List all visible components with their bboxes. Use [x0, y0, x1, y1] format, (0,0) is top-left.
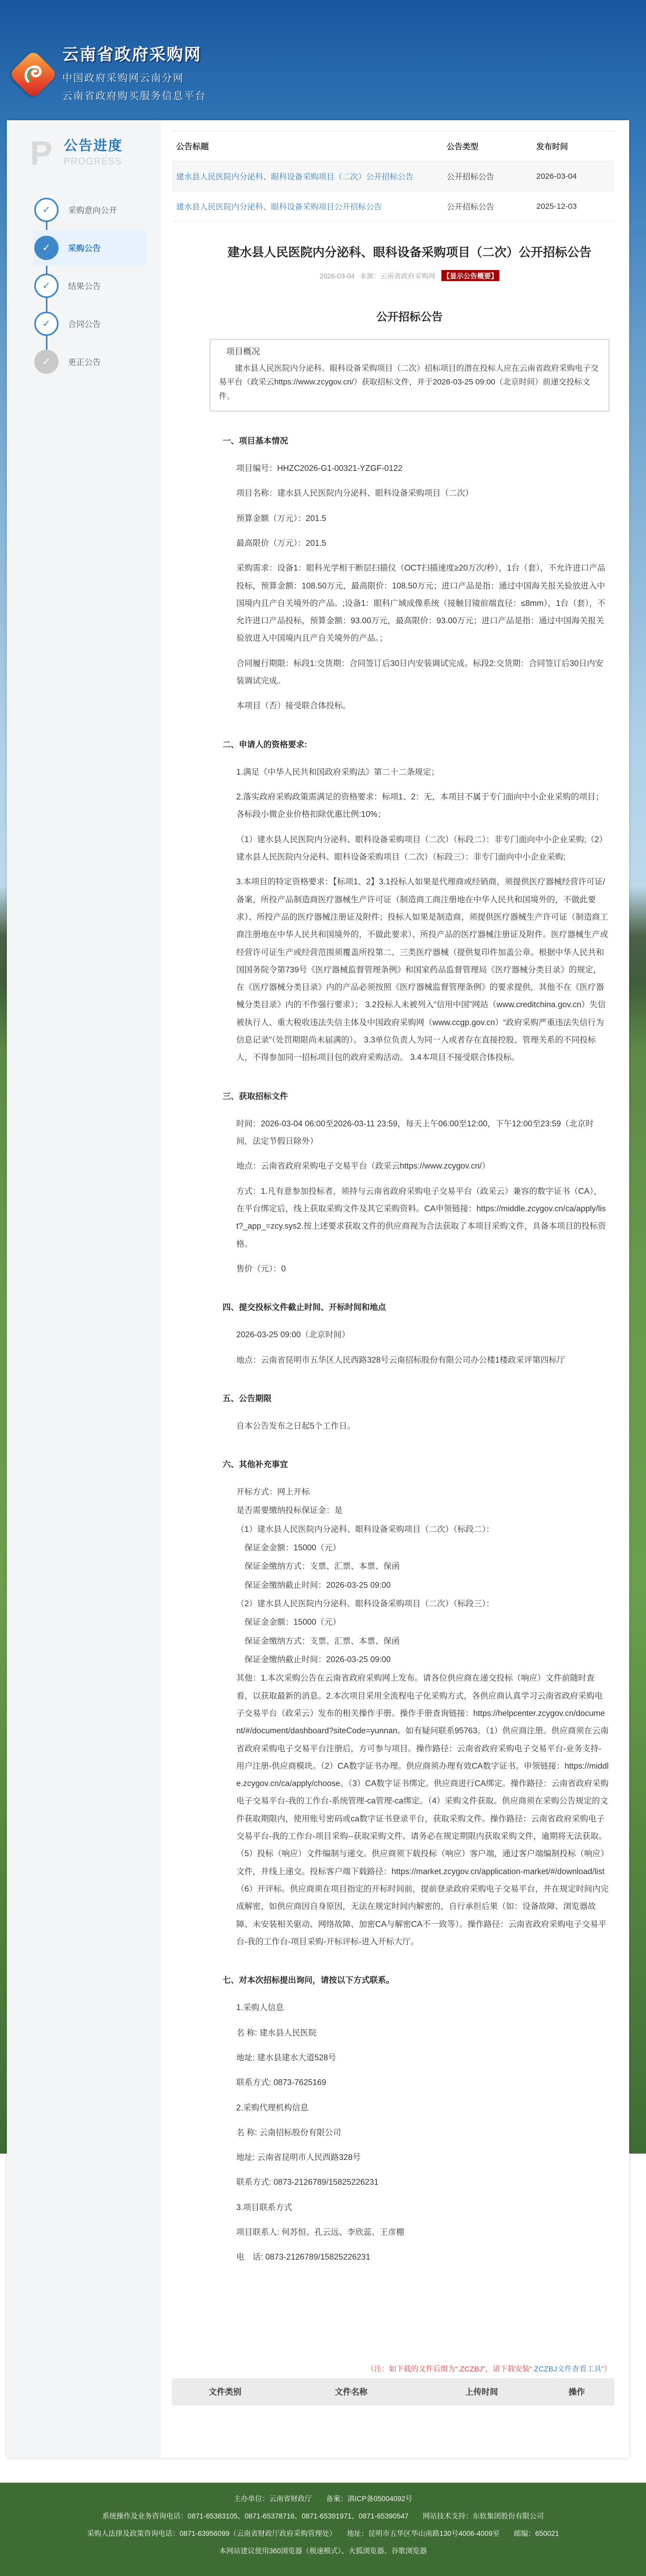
- announcement-title-cell: 建水县人民医院内分泌科、眼科设备采购项目（二次）公开招标公告: [176, 171, 447, 182]
- step-check-icon: ✓: [34, 350, 59, 374]
- progress-sidebar: P 公告进度 PROGRESS ✓采购意向公开✓采购公告✓结果公告✓合同公告✓更…: [7, 120, 160, 2458]
- progress-big-letter: P: [30, 136, 53, 170]
- section-paragraph: 联系方式: 0873-2126789/15825226231: [236, 2174, 609, 2191]
- footer-line: 本网站建议使用360浏览器（极速模式）、火狐浏览器、谷歌浏览器: [0, 2542, 646, 2560]
- site-header: 云南省政府采购网 中国政府采购网云南分网 云南省政府购买服务信息平台: [0, 0, 646, 120]
- attachment-column-header: 上传时间: [424, 2378, 539, 2405]
- section-paragraph: 保证金金额：15000（元）: [236, 1539, 609, 1557]
- doc-section-4: 四、提交投标文件截止时间、开标时间和地点2026-03-25 09:00（北京时…: [210, 1301, 609, 1369]
- section-paragraph: 合同履行期限：标段1:交货期：合同签订后30日内安装调试完成。标段2:交货期：合…: [236, 655, 609, 690]
- section-paragraph: 2026-03-25 09:00（北京时间）: [236, 1326, 609, 1344]
- section-paragraph: 2.落实政府采购政策需满足的资格要求：标项1、2：无，本项目不属于专门面向中小企…: [236, 788, 609, 824]
- section-paragraph: 方式：1.凡有意参加投标者，须持与云南省政府采购电子交易平台（政采云）兼容的数字…: [236, 1183, 609, 1253]
- step-check-icon: ✓: [34, 236, 59, 260]
- doc-section-2: 二、申请人的资格要求:1.满足《中华人民共和国政府采购法》第二十二条规定；2.落…: [210, 738, 609, 1067]
- announcement-rows: 建水县人民医院内分泌科、眼科设备采购项目（二次）公开招标公告公开招标公告2026…: [172, 161, 614, 221]
- footer-line: 系统操作及业务咨询电话：0871-65383105、0871-65378716、…: [0, 2507, 646, 2525]
- step-check-icon: ✓: [34, 274, 59, 298]
- step-label: 采购意向公开: [68, 204, 117, 216]
- logo-swirl-icon: [20, 61, 46, 88]
- note-prefix: （注：如下载的文件后缀为“.ZCZBJ”，请下载安装“: [367, 2365, 532, 2373]
- section-paragraph: 地址: 云南省昆明市人民西路328号: [236, 2149, 609, 2166]
- section-heading: 五、公告期限: [223, 1392, 609, 1404]
- note-suffix: ”）: [601, 2365, 611, 2373]
- section-paragraph: 地点：云南省昆明市五华区人民西路328号云南招标股份有限公司办公楼1楼政采评第四…: [236, 1352, 609, 1369]
- attachment-table: 文件类别文件名称上传时间操作: [172, 2378, 614, 2437]
- source-label: 来源：: [360, 272, 380, 280]
- site-logo[interactable]: [8, 50, 57, 99]
- column-type: 公告类型: [447, 141, 536, 152]
- column-title: 公告标题: [176, 140, 447, 152]
- section-paragraph: 地点：云南省政府采购电子交易平台（政采云https://www.zcygov.c…: [236, 1157, 609, 1175]
- step-label: 更正公告: [68, 356, 101, 368]
- show-summary-badge[interactable]: 【显示公告概要】: [441, 270, 499, 281]
- sidebar-step-3[interactable]: ✓结果公告: [7, 267, 160, 305]
- section-paragraph: 自本公告发布之日起5个工作日。: [236, 1417, 609, 1435]
- publish-date: 2026-03-04: [320, 272, 355, 280]
- section-paragraph: 售价（元）：0: [236, 1260, 609, 1278]
- announcement-table-header: 公告标题 公告类型 发布时间: [172, 131, 614, 161]
- step-check-icon: ✓: [34, 198, 59, 222]
- step-check-icon: ✓: [34, 312, 59, 336]
- footer-line: 采购人法律及政策咨询电话：0871-63956099（云南省财政厅政府采购管理处…: [0, 2525, 646, 2542]
- site-subtitle-2: 云南省政府购买服务信息平台: [62, 88, 206, 102]
- site-title: 云南省政府采购网: [62, 41, 206, 65]
- footer-lines: 主办单位：云南省财政厅 备案：滇ICP备05004092号系统操作及业务咨询电话…: [0, 2490, 646, 2560]
- section-heading: 六、其他补充事宜: [223, 1458, 609, 1470]
- page-title: 建水县人民医院内分泌科、眼科设备采购项目（二次）公开招标公告: [210, 244, 609, 261]
- section-heading: 七、对本次招标提出询问，请按以下方式联系。: [223, 1974, 609, 1985]
- announcement-detail: 建水县人民医院内分泌科、眼科设备采购项目（二次）公开招标公告 2026-03-0…: [172, 244, 614, 2266]
- section-paragraph: 保证金缴纳截止时间：2026-03-25 09:00: [236, 1577, 609, 1594]
- main-content: 公告标题 公告类型 发布时间 建水县人民医院内分泌科、眼科设备采购项目（二次）公…: [160, 120, 629, 2458]
- section-paragraph: 名 称: 建水县人民医院: [236, 2024, 609, 2042]
- step-label: 结果公告: [68, 280, 101, 292]
- progress-header: P 公告进度 PROGRESS: [7, 134, 160, 182]
- doc-section-5: 五、公告期限自本公告发布之日起5个工作日。: [210, 1392, 609, 1435]
- doc-section-7: 七、对本次招标提出询问，请按以下方式联系。1.采购人信息名 称: 建水县人民医院…: [210, 1974, 609, 2266]
- column-date: 发布时间: [536, 141, 610, 152]
- sidebar-step-5[interactable]: ✓更正公告: [7, 343, 160, 381]
- doc-section-3: 三、获取招标文件时间：2026-03-04 06:00至2026-03-11 2…: [210, 1090, 609, 1278]
- section-paragraph: 是否需要缴纳投标保证金：是: [236, 1502, 609, 1519]
- footer-line: 主办单位：云南省财政厅 备案：滇ICP备05004092号: [0, 2490, 646, 2507]
- attachment-column-header: 文件类别: [172, 2378, 278, 2405]
- section-heading: 一、项目基本情况: [223, 435, 609, 446]
- announcement-type: 公开招标公告: [447, 171, 536, 182]
- announcement-link[interactable]: 建水县人民医院内分泌科、眼科设备采购项目公开招标公告: [176, 202, 382, 211]
- section-paragraph: 预算金额（万元）：201.5: [236, 510, 609, 527]
- section-heading: 三、获取招标文件: [223, 1090, 609, 1102]
- sidebar-step-2[interactable]: ✓采购公告: [7, 229, 160, 267]
- blank-spacer: [172, 2274, 614, 2358]
- section-paragraph: （1）建水县人民医院内分泌科、眼科设备采购项目（二次）（标段二）：非专门面向中小…: [236, 831, 609, 866]
- announcement-type: 公开招标公告: [447, 201, 536, 212]
- section-paragraph: 保证金缴纳方式：支票、汇票、本票、保函: [236, 1633, 609, 1650]
- site-subtitle-1: 中国政府采购网云南分网: [62, 70, 206, 84]
- announcement-link[interactable]: 建水县人民医院内分泌科、眼科设备采购项目（二次）公开招标公告: [176, 172, 413, 181]
- section-paragraph: 其他：1.本次采购公告在云南省政府采购网上发布。请各位供应商在递交投标（响应）文…: [236, 1670, 609, 1951]
- section-paragraph: 保证金缴纳方式：支票、汇票、本票、保函: [236, 1558, 609, 1575]
- section-paragraph: 开标方式：网上开标: [236, 1483, 609, 1501]
- progress-title-en: PROGRESS: [64, 156, 122, 167]
- source-name: 云南省政府采购网: [380, 272, 435, 280]
- overview-title: 项目概况: [219, 345, 600, 360]
- section-paragraph: 采购需求：设备1：眼科光学相干断层扫描仪（OCT扫描速度≥20万次/秒），1台（…: [236, 559, 609, 648]
- sidebar-step-1[interactable]: ✓采购意向公开: [7, 191, 160, 229]
- section-paragraph: 项目名称：建水县人民医院内分泌科、眼科设备采购项目（二次）: [236, 485, 609, 502]
- section-heading: 二、申请人的资格要求:: [223, 738, 609, 750]
- section-paragraph: 保证金金额：15000（元）: [236, 1614, 609, 1631]
- attachment-table-header: 文件类别文件名称上传时间操作: [172, 2378, 614, 2405]
- zczbj-viewer-link[interactable]: .ZCZBJ文件查看工具: [532, 2365, 601, 2373]
- doc-section-1: 一、项目基本情况项目编号：HHZC2026-G1-00321-YZGF-0122…: [210, 435, 609, 715]
- section-paragraph: 项目编号：HHZC2026-G1-00321-YZGF-0122: [236, 460, 609, 477]
- progress-steps: ✓采购意向公开✓采购公告✓结果公告✓合同公告✓更正公告: [7, 186, 160, 402]
- section-paragraph: 1.满足《中华人民共和国政府采购法》第二十二条规定；: [236, 764, 609, 781]
- table-row: 建水县人民医院内分泌科、眼科设备采购项目公开招标公告公开招标公告2025-12-…: [172, 191, 614, 221]
- step-label: 采购公告: [68, 242, 101, 254]
- doc-type-title: 公开招标公告: [210, 308, 609, 324]
- announcement-date: 2025-12-03: [536, 202, 610, 211]
- section-paragraph: 时间：2026-03-04 06:00至2026-03-11 23:59，每天上…: [236, 1115, 609, 1151]
- section-paragraph: 最高限价（万元）：201.5: [236, 535, 609, 552]
- section-paragraph: 本项目（否）接受联合体投标。: [236, 697, 609, 715]
- attachment-table-body: [172, 2405, 614, 2437]
- sidebar-step-4[interactable]: ✓合同公告: [7, 305, 160, 343]
- section-paragraph: 联系方式: 0873-7625169: [236, 2074, 609, 2091]
- section-paragraph: 3.本项目的特定资格要求：【标项1、2】3.1投标人如果是代理商或经销商，须提供…: [236, 873, 609, 1066]
- doc-meta: 2026-03-04 来源：云南省政府采购网 【显示公告概要】: [210, 270, 609, 281]
- section-paragraph: 2.采购代理机构信息: [236, 2099, 609, 2117]
- brand-block: 云南省政府采购网 中国政府采购网云南分网 云南省政府购买服务信息平台: [62, 41, 206, 102]
- attachment-note: （注：如下载的文件后缀为“.ZCZBJ”，请下载安装“.ZCZBJ文件查看工具”…: [172, 2363, 611, 2374]
- table-row: 建水县人民医院内分泌科、眼科设备采购项目（二次）公开招标公告公开招标公告2026…: [172, 161, 614, 191]
- section-paragraph: （2）建水县人民医院内分泌科、眼科设备采购项目（二次）（标段三）：: [236, 1595, 609, 1613]
- section-paragraph: （1）建水县人民医院内分泌科、眼科设备采购项目（二次）（标段二）：: [236, 1521, 609, 1538]
- doc-section-6: 六、其他补充事宜开标方式：网上开标是否需要缴纳投标保证金：是（1）建水县人民医院…: [210, 1458, 609, 1951]
- content-wrapper: P 公告进度 PROGRESS ✓采购意向公开✓采购公告✓结果公告✓合同公告✓更…: [7, 120, 629, 2458]
- section-paragraph: 电 话: 0873-2126789/15825226231: [236, 2249, 609, 2266]
- section-paragraph: 项目联系人: 何苏恒、孔云远、李欣蕊、王彦棚: [236, 2224, 609, 2241]
- doc-sections: 一、项目基本情况项目编号：HHZC2026-G1-00321-YZGF-0122…: [210, 435, 609, 2266]
- project-overview-box: 项目概况 建水县人民医院内分泌科、眼科设备采购项目（二次）招标项目的潜在投标人应…: [210, 339, 609, 411]
- announcement-date: 2026-03-04: [536, 172, 610, 181]
- section-paragraph: 地址: 建水县建水大道528号: [236, 2049, 609, 2067]
- announcement-title-cell: 建水县人民医院内分泌科、眼科设备采购项目公开招标公告: [176, 201, 447, 212]
- announcement-table: 公告标题 公告类型 发布时间 建水县人民医院内分泌科、眼科设备采购项目（二次）公…: [172, 131, 614, 221]
- section-paragraph: 名 称: 云南招标股份有限公司: [236, 2124, 609, 2141]
- section-heading: 四、提交投标文件截止时间、开标时间和地点: [223, 1301, 609, 1313]
- attachment-column-header: 文件名称: [278, 2378, 424, 2405]
- site-footer: 主办单位：云南省财政厅 备案：滇ICP备05004092号系统操作及业务咨询电话…: [0, 2483, 646, 2576]
- progress-title: 公告进度: [64, 135, 123, 155]
- section-paragraph: 1.采购人信息: [236, 1999, 609, 2017]
- step-label: 合同公告: [68, 318, 101, 330]
- section-paragraph: 3.项目联系方式: [236, 2199, 609, 2216]
- attachment-column-header: 操作: [539, 2378, 614, 2405]
- overview-text: 建水县人民医院内分泌科、眼科设备采购项目（二次）招标项目的潜在投标人应在云南省政…: [219, 362, 600, 403]
- section-paragraph: 保证金缴纳截止时间：2026-03-25 09:00: [236, 1651, 609, 1668]
